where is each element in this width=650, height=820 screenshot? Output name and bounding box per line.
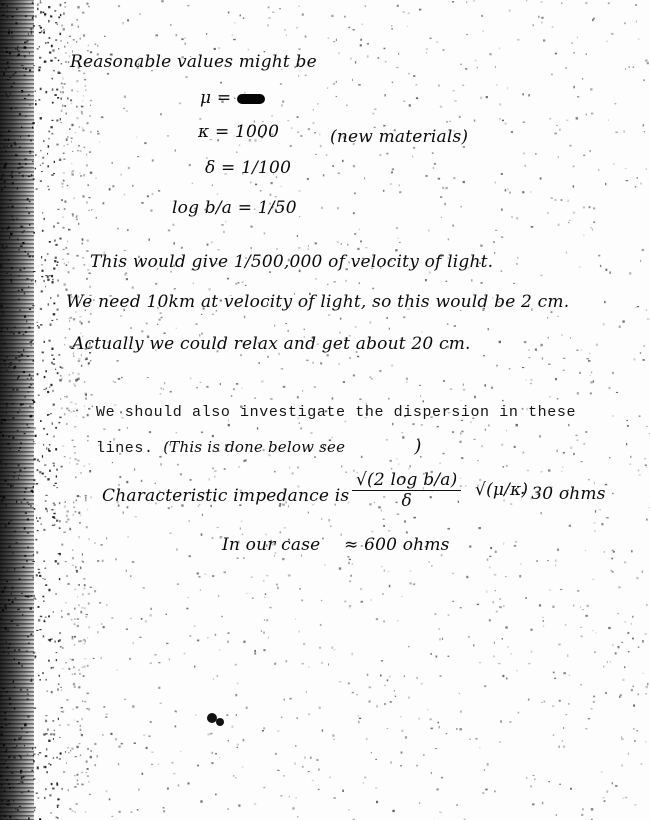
kappa-line: κ = 1000 — [198, 122, 279, 142]
scan-edge-shadow — [0, 0, 34, 820]
typed-line-2: lines. (This is done below see ) — [96, 436, 422, 457]
result-label: In our case — [222, 535, 320, 555]
handwritten-aside: (This is done below see — [163, 438, 345, 456]
impedance-label: Characteristic impedance is — [102, 486, 349, 506]
mu-label: μ = — [200, 88, 231, 108]
impedance-value: · 30 ohms — [520, 484, 606, 504]
typed-line-1: We should also investigate the dispersio… — [96, 404, 576, 421]
result-value: ≈ 600 ohms — [344, 535, 450, 555]
log-label: log b/a = — [172, 198, 252, 218]
speed-line: This would give 1/500,000 of velocity of… — [90, 252, 493, 272]
heading-line: Reasonable values might be — [70, 52, 317, 72]
fraction-denominator: δ — [352, 491, 461, 511]
result-line: In our case ≈ 600 ohms — [222, 535, 450, 555]
typed-lines-word: lines. — [96, 440, 154, 457]
kappa-value: 1000 — [235, 122, 279, 142]
delta-label: δ = — [205, 158, 235, 178]
mu-line: μ = — [200, 88, 265, 108]
kappa-label: κ = — [198, 122, 229, 142]
need-line: We need 10km at velocity of light, so th… — [66, 292, 569, 312]
log-line: log b/a = 1/50 — [172, 198, 297, 218]
blotted-value — [237, 94, 265, 104]
impedance-fraction: √(2 log b/a) δ — [352, 470, 461, 511]
delta-value: 1/100 — [241, 158, 291, 178]
impedance-formula: √(2 log b/a) δ √(μ/κ) — [352, 470, 528, 511]
actually-line: Actually we could relax and get about 20… — [72, 334, 471, 354]
aside-close-paren: ) — [414, 436, 421, 457]
delta-line: δ = 1/100 — [205, 158, 291, 178]
kappa-note: (new materials) — [330, 127, 468, 147]
log-value: 1/50 — [258, 198, 297, 218]
scanned-page: Reasonable values might be μ = κ = 1000 … — [0, 0, 650, 820]
fraction-numerator: √(2 log b/a) — [352, 470, 461, 491]
